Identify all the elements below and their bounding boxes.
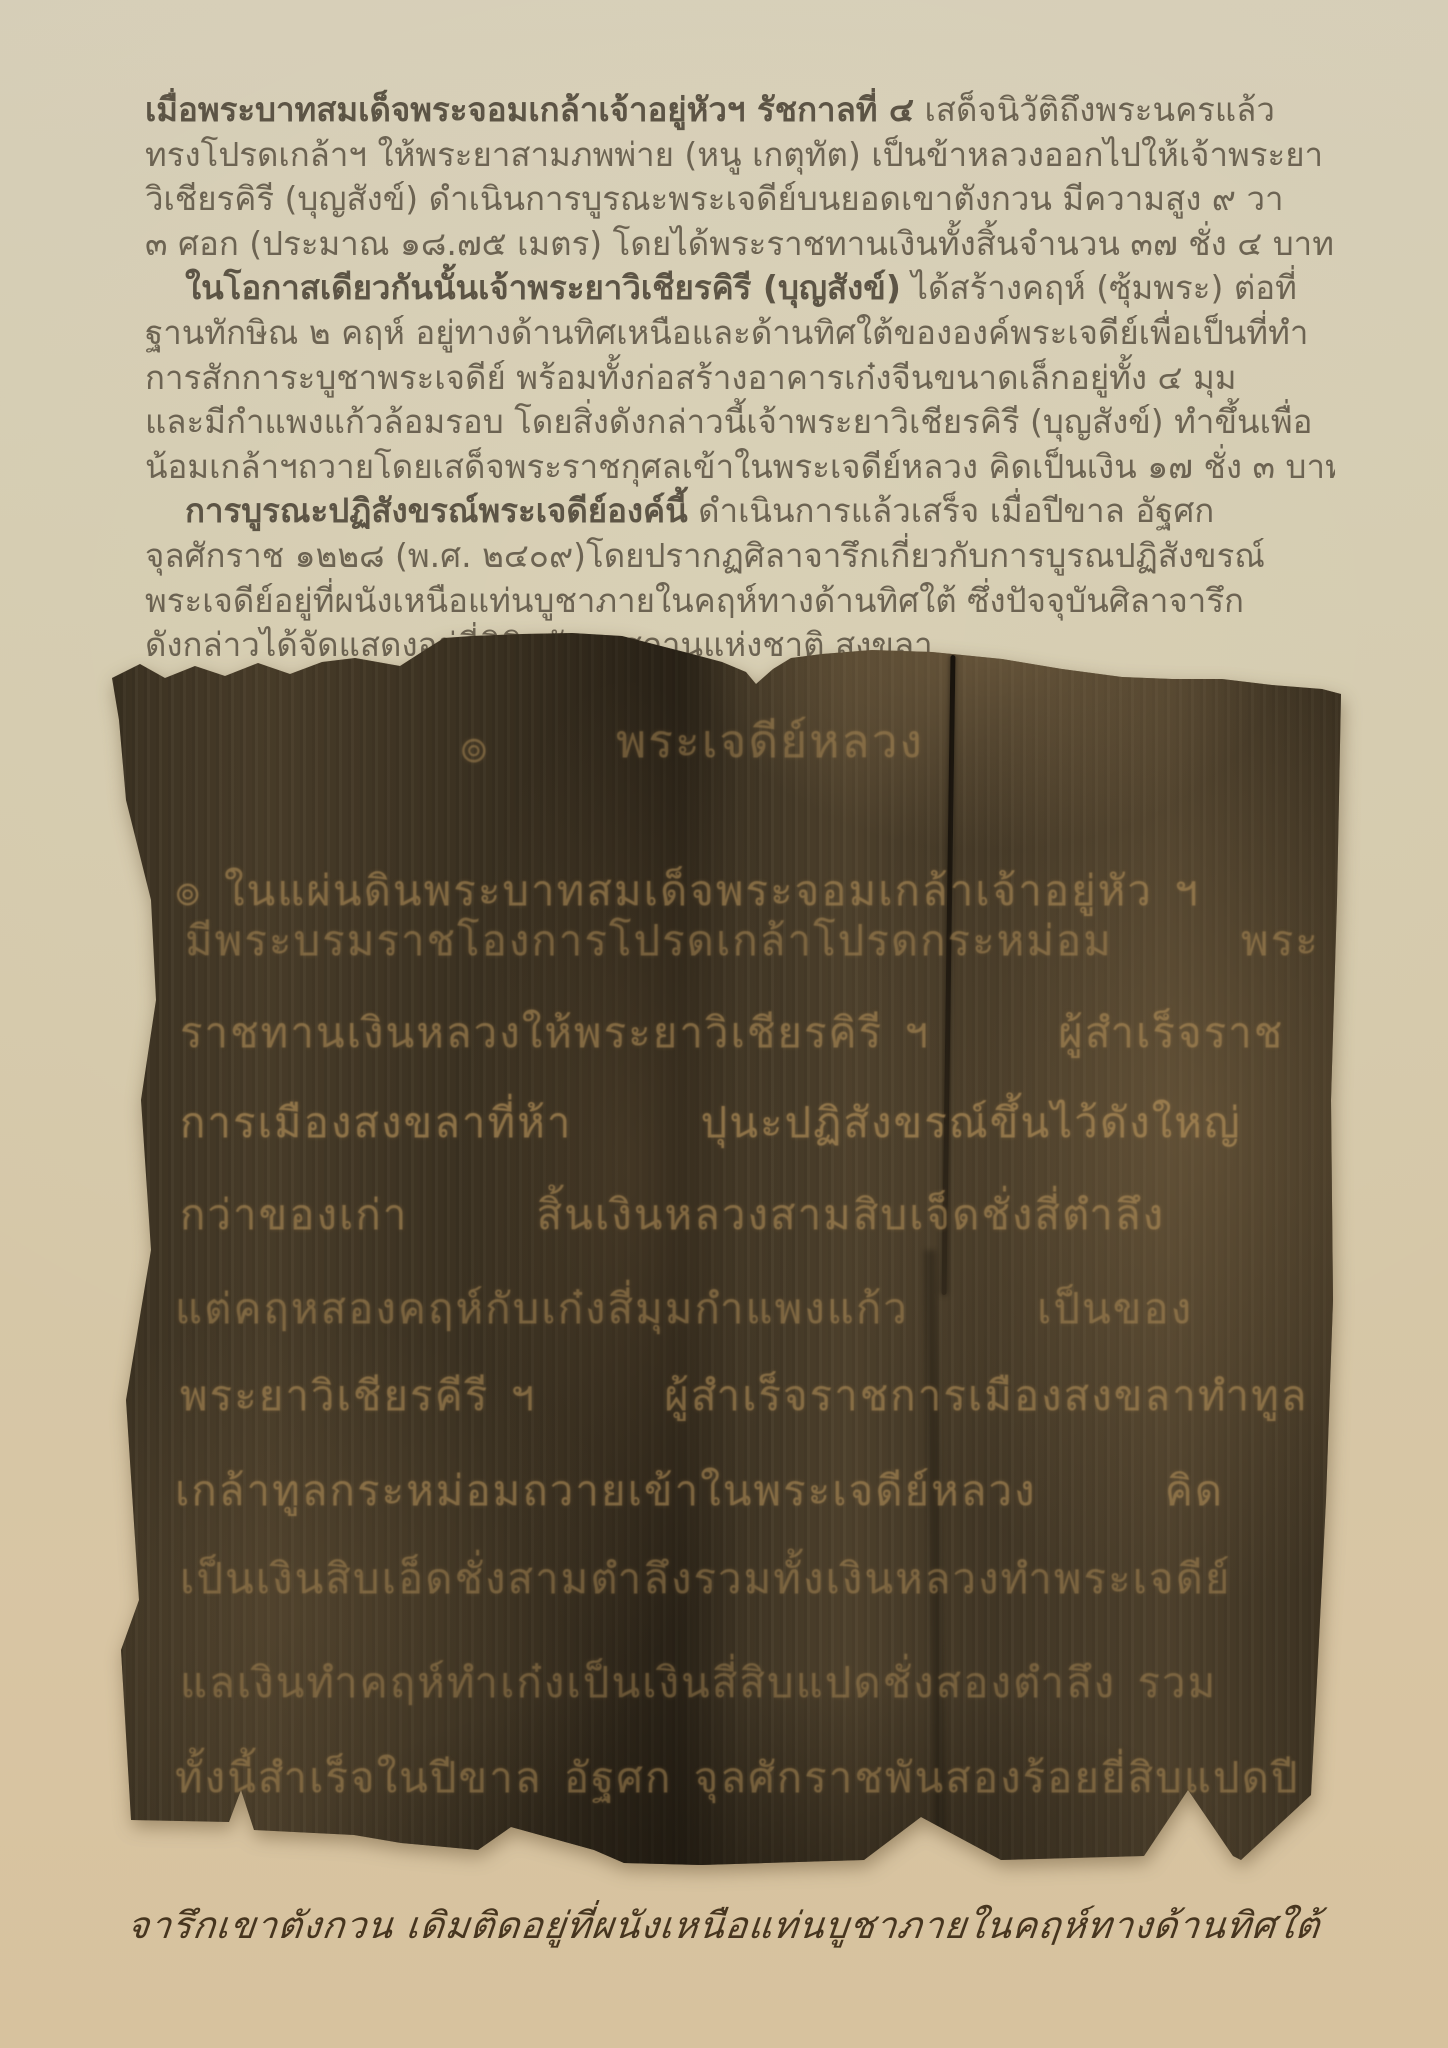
- body-text: ดำเนินการแล้วเสร็จ เมื่อปีขาล อัฐศก: [688, 491, 1215, 530]
- inscription-line: ราชทานเงินหลวงให้พระยาวิเชียรคิรี ฯ ผู้ส…: [180, 1000, 1284, 1066]
- inscription-line: เป็นเงินสิบเอ็ดชั่งสามตำลึงรวมทั้งเงินหล…: [180, 1546, 1232, 1612]
- text-line: ในโอกาสเดียวกันนั้นเจ้าพระยาวิเชียรคิรี …: [145, 266, 1335, 311]
- inscription-line: แลเงินทำคฤห์ทำเก๋งเป็นเงินสี่สิบแปดชั่งส…: [180, 1650, 1217, 1716]
- photo-caption: จารึกเขาตังกวน เดิมติดอยู่ที่ผนังเหนือแท…: [0, 1896, 1448, 1955]
- book-page: เมื่อพระบาทสมเด็จพระจอมเกล้าเจ้าอยู่หัวฯ…: [0, 0, 1448, 2048]
- text-line: ทรงโปรดเกล้าฯ ให้พระยาสามภพพ่าย (หนู เกต…: [145, 133, 1335, 178]
- inscription-line: เกล้าทูลกระหม่อมถวายเข้าในพระเจดีย์หลวง …: [175, 1458, 1224, 1524]
- text-line: วิเชียรคิรี (บุญสังข์) ดำเนินการบูรณะพระ…: [145, 177, 1335, 222]
- text-line: น้อมเกล้าฯถวายโดยเสด็จพระราชกุศลเข้าในพร…: [145, 445, 1335, 490]
- text-line: การสักการะบูชาพระเจดีย์ พร้อมทั้งก่อสร้า…: [145, 356, 1335, 401]
- text-line: ๓ ศอก (ประมาณ ๑๘.๗๕ เมตร) โดยได้พระราชทา…: [145, 222, 1335, 267]
- inscription-text-layer: ๏ พระเจดีย์หลวง ๏ ในแผ่นดินพระบาทสมเด็จพ…: [60, 560, 1350, 1910]
- text-line: เมื่อพระบาทสมเด็จพระจอมเกล้าเจ้าอยู่หัวฯ…: [145, 88, 1335, 133]
- text-line: และมีกำแพงแก้วล้อมรอบ โดยสิ่งดังกล่าวนี้…: [145, 400, 1335, 445]
- inscription-rubbing-photo: ๏ พระเจดีย์หลวง ๏ ในแผ่นดินพระบาทสมเด็จพ…: [60, 560, 1350, 1910]
- text-line: การบูรณะปฏิสังขรณ์พระเจดีย์องค์นี้ ดำเนิ…: [145, 489, 1335, 534]
- inscription-line: การเมืองสงขลาที่ห้า ปุนะปฏิสังขรณ์ขึ้นไว…: [180, 1090, 1242, 1156]
- inscription-line: กว่าของเก่า สิ้นเงินหลวงสามสิบเจ็ดชั่งสี…: [180, 1182, 1165, 1248]
- text-line: ฐานทักษิณ ๒ คฤห์ อยู่ทางด้านทิศเหนือและด…: [145, 311, 1335, 356]
- inscription-title: พระเจดีย์หลวง: [616, 705, 924, 778]
- body-text: ได้สร้างคฤห์ (ซุ้มพระ) ต่อที่: [901, 268, 1297, 307]
- bold-lead-text: เมื่อพระบาทสมเด็จพระจอมเกล้าเจ้าอยู่หัวฯ…: [145, 90, 914, 129]
- inscription-bullet: ๏: [460, 710, 490, 783]
- body-text: เสด็จนิวัติถึงพระนครแล้ว: [914, 90, 1275, 129]
- bold-lead-text: ในโอกาสเดียวกันนั้นเจ้าพระยาวิเชียรคิรี …: [185, 268, 901, 307]
- inscription-line: ทั้งนี้สำเร็จในปีขาล อัฐศก จุลศักราชพันส…: [175, 1745, 1372, 1811]
- bold-lead-text: การบูรณะปฏิสังขรณ์พระเจดีย์องค์นี้: [185, 491, 688, 530]
- stone-rubbing-surface: ๏ พระเจดีย์หลวง ๏ ในแผ่นดินพระบาทสมเด็จพ…: [60, 560, 1350, 1910]
- inscription-line: มีพระบรมราชโองการโปรดเกล้าโปรดกระหม่อม พ…: [185, 908, 1320, 974]
- inscription-line: แต่คฤหสองคฤห์กับเก๋งสี่มุมกำแพงแก้ว เป็น…: [175, 1276, 1193, 1342]
- inscription-line: พระยาวิเชียรคีรี ฯ ผู้สำเร็จราชการเมืองส…: [180, 1363, 1309, 1429]
